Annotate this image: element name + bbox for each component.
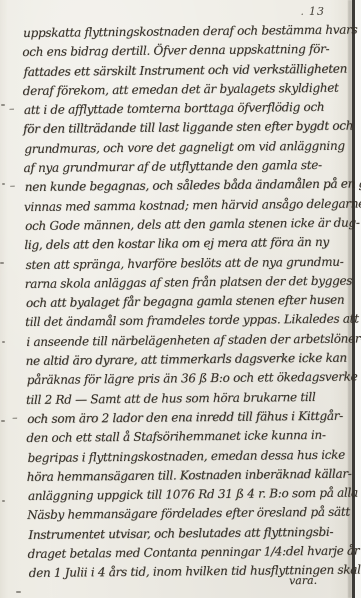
scan-speck	[1, 104, 5, 106]
line-text: till 2 Rd — Samt att de hus som höra bru…	[26, 390, 316, 407]
line-text: Näsby hemmansägare fördelades efter öres…	[27, 505, 350, 522]
margin-mark: –	[12, 408, 18, 427]
line-text: att i de afflyttade tomterna borttaga öf…	[24, 100, 325, 117]
scan-speck	[0, 262, 4, 264]
page-number-value: 13	[309, 5, 325, 18]
line-text: fattades ett särskilt Instrument och vid…	[23, 61, 347, 78]
line-text: grundmuras, och vore det gagneligt om vi…	[24, 138, 345, 155]
scanner-background	[355, 0, 361, 598]
margin-mark: –	[9, 99, 15, 118]
line-text: af nya grundmurar af de utflyttande den …	[23, 158, 321, 175]
line-text: Instrumentet utvisar, och beslutades att…	[28, 524, 333, 541]
catchword: vara.	[289, 574, 317, 587]
manuscript-text: uppskatta flyttningskostnaden deraf och …	[22, 19, 354, 582]
manuscript-page: .13 uppskatta flyttningskostnaden deraf …	[0, 0, 361, 598]
line-text: och ens bidrag dertill. Öfver denna upps…	[22, 42, 329, 59]
scan-speck	[2, 341, 5, 343]
page-number: .13	[301, 6, 326, 18]
line-text: höra hemmansägaren till. Kostnaden inber…	[27, 466, 352, 483]
scan-speck	[2, 183, 5, 185]
scan-speck	[2, 500, 5, 502]
line-text: lig, dels att den kostar lika om ej mera…	[24, 235, 329, 252]
page-number-dot: .	[301, 5, 306, 18]
line-text: ne altid äro dyrare, att timmerkarls dag…	[25, 351, 346, 368]
line-text: och som äro 2 lador den ena inredd till …	[27, 409, 343, 426]
line-text: deraf förekom, att emedan det är byalage…	[23, 81, 339, 98]
scan-speck	[16, 591, 21, 593]
scan-speck	[1, 420, 5, 422]
line-text: begripas i flyttningskostnaden, emedan d…	[27, 447, 344, 464]
line-text: och att byalaget får begagna gamla stene…	[26, 293, 344, 310]
line-text: sten att spränga, hvarföre beslöts att d…	[25, 254, 343, 271]
margin-mark: –	[10, 176, 16, 195]
line-text: den och ett stall å Stafsörihemmanet ick…	[26, 428, 325, 445]
